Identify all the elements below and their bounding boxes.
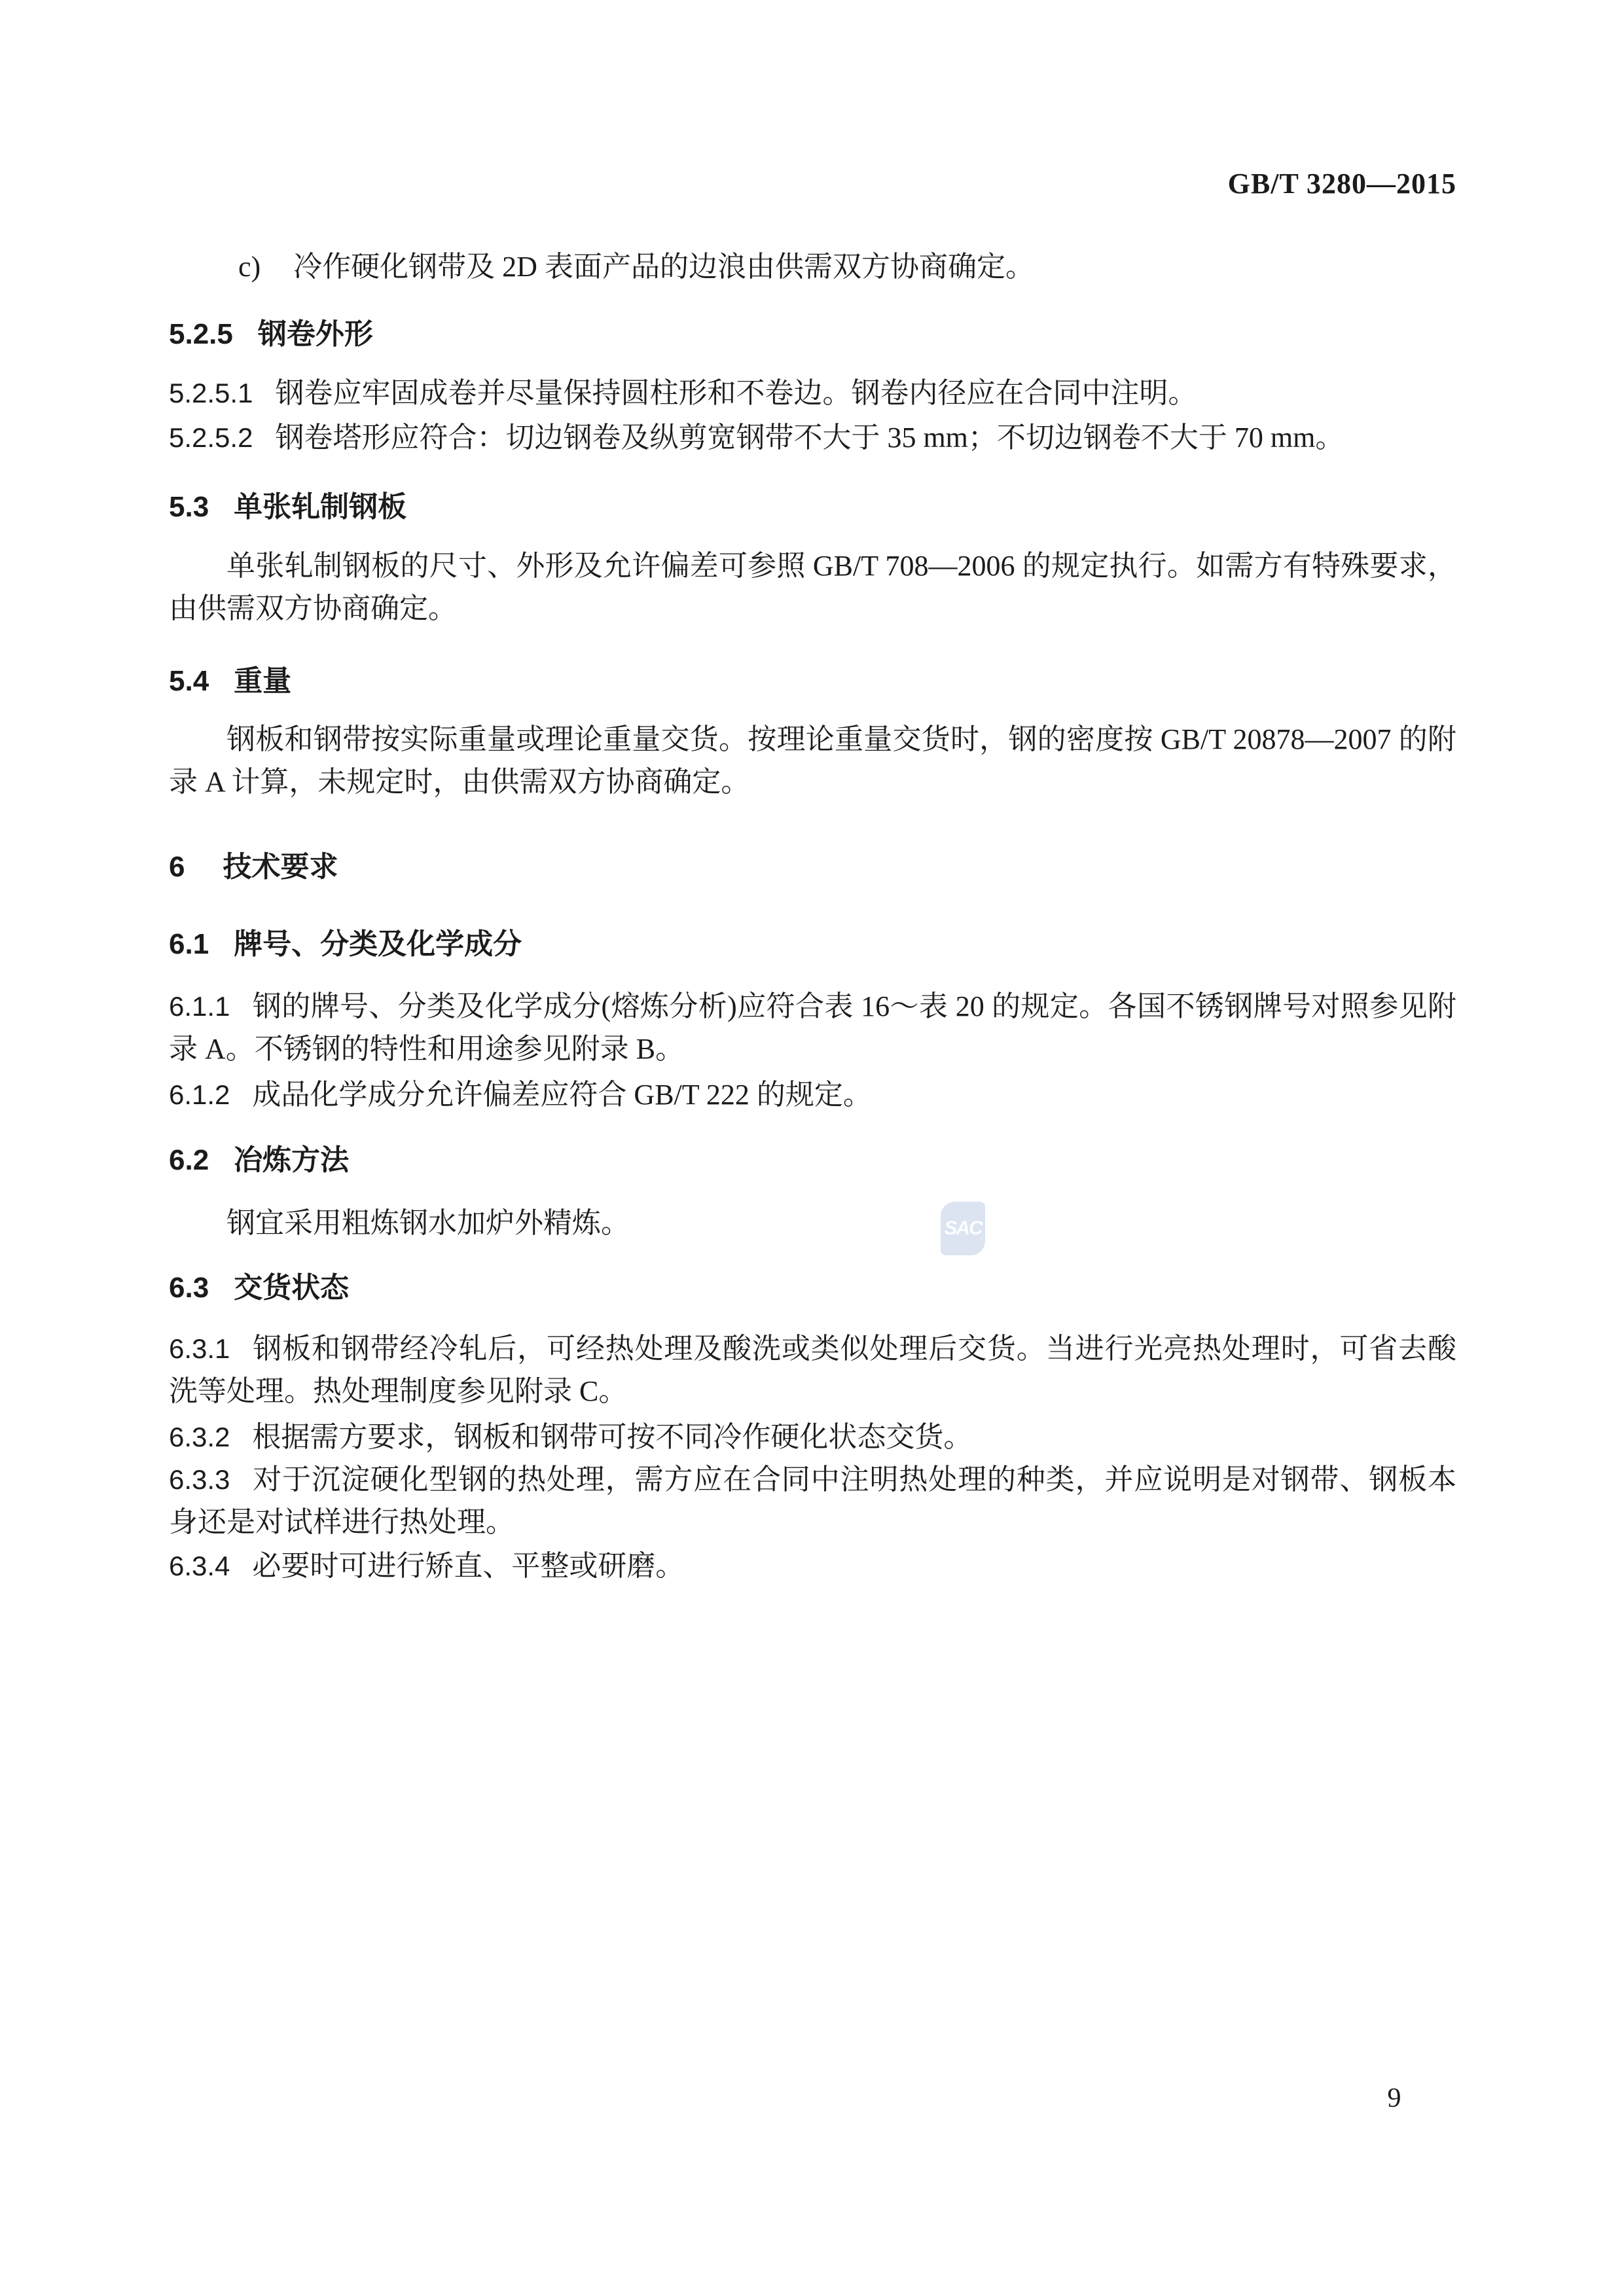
clause-6-1-2: 6.1.2成品化学成分允许偏差应符合 GB/T 222 的规定。 bbox=[169, 1073, 1456, 1116]
clause-number: 6.3.1 bbox=[169, 1333, 230, 1364]
sac-watermark-text: SAC bbox=[944, 1217, 981, 1240]
sac-watermark-logo: SAC bbox=[941, 1202, 985, 1255]
heading-title: 交货状态 bbox=[234, 1272, 349, 1304]
clause-5-2-5-1: 5.2.5.1钢卷应牢固成卷并尽量保持圆柱形和不卷边。钢卷内径应在合同中注明。 bbox=[169, 372, 1456, 414]
heading-6-3: 6.3交货状态 bbox=[169, 1266, 1456, 1309]
heading-number: 6.3 bbox=[169, 1272, 209, 1304]
heading-number: 5.2.5 bbox=[169, 318, 233, 350]
clause-number: 6.3.3 bbox=[169, 1464, 230, 1495]
heading-title: 技术要求 bbox=[223, 851, 338, 883]
clause-text: 钢的牌号、分类及化学成分(熔炼分析)应符合表 16～表 20 的规定。各国不锈钢… bbox=[169, 990, 1456, 1065]
clause-text: 对于沉淀硬化型钢的热处理，需方应在合同中注明热处理的种类，并应说明是对钢带、钢板… bbox=[169, 1463, 1456, 1538]
clause-text: 必要时可进行矫直、平整或研磨。 bbox=[252, 1550, 684, 1582]
clause-number: 6.1.2 bbox=[169, 1079, 230, 1110]
heading-number: 6.1 bbox=[169, 928, 209, 960]
clause-6-3-3: 6.3.3对于沉淀硬化型钢的热处理，需方应在合同中注明热处理的种类，并应说明是对… bbox=[169, 1458, 1456, 1543]
heading-title: 牌号、分类及化学成分 bbox=[234, 928, 522, 960]
heading-title: 单张轧制钢板 bbox=[234, 491, 406, 523]
heading-number: 6 bbox=[169, 851, 185, 883]
clause-text: 钢卷塔形应符合：切边钢卷及纵剪宽钢带不大于 35 mm；不切边钢卷不大于 70 … bbox=[275, 422, 1344, 454]
heading-5-4: 5.4重量 bbox=[169, 660, 1456, 702]
list-item-text: 冷作硬化钢带及 2D 表面产品的边浪由供需双方协商确定。 bbox=[293, 251, 1034, 283]
clause-6-3-1: 6.3.1钢板和钢带经冷轧后，可经热处理及酸洗或类似处理后交货。当进行光亮热处理… bbox=[169, 1327, 1456, 1412]
clause-text: 成品化学成分允许偏差应符合 GB/T 222 的规定。 bbox=[252, 1079, 871, 1111]
heading-number: 6.2 bbox=[169, 1144, 209, 1176]
list-item-c: c)冷作硬化钢带及 2D 表面产品的边浪由供需双方协商确定。 bbox=[169, 245, 1526, 288]
heading-title: 钢卷外形 bbox=[258, 318, 373, 350]
heading-5-3: 5.3单张轧制钢板 bbox=[169, 486, 1456, 528]
paragraph-5-3: 单张轧制钢板的尺寸、外形及允许偏差可参照 GB/T 708—2006 的规定执行… bbox=[169, 545, 1456, 630]
clause-number: 6.1.1 bbox=[169, 991, 230, 1022]
clause-text: 根据需方要求，钢板和钢带可按不同冷作硬化状态交货。 bbox=[252, 1421, 972, 1453]
document-number-header: GB/T 3280—2015 bbox=[169, 168, 1456, 200]
clause-number: 6.3.2 bbox=[169, 1422, 230, 1452]
heading-6-1: 6.1牌号、分类及化学成分 bbox=[169, 923, 1456, 965]
standard-document-page: GB/T 3280—2015 c)冷作硬化钢带及 2D 表面产品的边浪由供需双方… bbox=[0, 0, 1624, 2296]
clause-number: 5.2.5.1 bbox=[169, 378, 253, 408]
clause-number: 6.3.4 bbox=[169, 1551, 230, 1581]
clause-6-3-4: 6.3.4必要时可进行矫直、平整或研磨。 bbox=[169, 1545, 1456, 1587]
heading-number: 5.4 bbox=[169, 665, 209, 697]
page-number: 9 bbox=[1375, 2080, 1414, 2117]
list-item-label: c) bbox=[238, 251, 261, 283]
clause-5-2-5-2: 5.2.5.2钢卷塔形应符合：切边钢卷及纵剪宽钢带不大于 35 mm；不切边钢卷… bbox=[169, 416, 1456, 459]
heading-5-2-5: 5.2.5钢卷外形 bbox=[169, 313, 1456, 355]
heading-number: 5.3 bbox=[169, 491, 209, 523]
clause-text: 钢卷应牢固成卷并尽量保持圆柱形和不卷边。钢卷内径应在合同中注明。 bbox=[275, 377, 1197, 409]
heading-6-2: 6.2冶炼方法 bbox=[169, 1139, 1456, 1181]
heading-title: 重量 bbox=[234, 665, 291, 697]
clause-number: 5.2.5.2 bbox=[169, 422, 253, 453]
paragraph-6-2: 钢宜采用粗炼钢水加炉外精炼。 bbox=[169, 1202, 1456, 1244]
paragraph-5-4: 钢板和钢带按实际重量或理论重量交货。按理论重量交货时，钢的密度按 GB/T 20… bbox=[169, 718, 1456, 803]
clause-6-1-1: 6.1.1钢的牌号、分类及化学成分(熔炼分析)应符合表 16～表 20 的规定。… bbox=[169, 985, 1456, 1070]
heading-title: 冶炼方法 bbox=[234, 1144, 349, 1176]
clause-6-3-2: 6.3.2根据需方要求，钢板和钢带可按不同冷作硬化状态交货。 bbox=[169, 1416, 1456, 1458]
clause-text: 钢板和钢带经冷轧后，可经热处理及酸洗或类似处理后交货。当进行光亮热处理时，可省去… bbox=[169, 1333, 1456, 1407]
heading-6: 6技术要求 bbox=[169, 846, 1456, 888]
